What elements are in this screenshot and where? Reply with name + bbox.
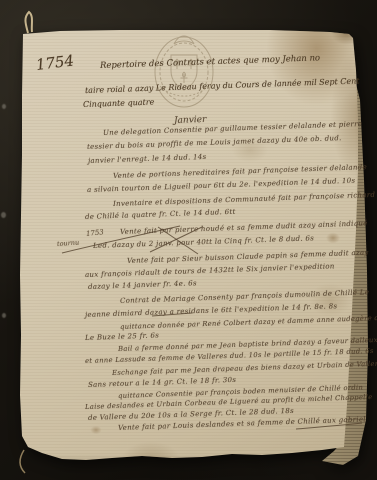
film-speck (1, 212, 6, 218)
handwritten-line-cont: de Chillé la quatre fr. Ct. le 14 dud. 6… (85, 208, 236, 221)
handwritten-line-entry: Vente fait par pierre houdé et sa femme … (120, 219, 368, 236)
handwritten-line-cont: janvier l'enregt. le 14 dud. 14s (88, 153, 207, 165)
film-speck (2, 104, 6, 109)
handwritten-line-cont: tessier du bois au proffit de me Louis j… (87, 134, 342, 151)
handwritten-line-title: taire roial a azay Le Rideau feray du Co… (85, 76, 360, 95)
handwritten-line-cont: Led. dazay du 2 janv. pour 40tt la Cinq … (93, 234, 314, 250)
handwritten-line-entry: Inventaire et dispositions de Communauté… (113, 191, 375, 208)
photo-background: 1754Repertoire des Contrats et actes que… (0, 0, 377, 480)
handwritten-line-cont: aux françois ridault de tours de 1432tt … (85, 262, 335, 279)
handwritten-line-month: Janvier (174, 115, 207, 126)
handwritten-line-year: 1754 (35, 51, 75, 74)
film-speck (2, 313, 6, 318)
handwritten-line-margin: 1753 (86, 228, 105, 238)
handwritten-line-title: Repertoire des Contrats et actes que moy… (100, 53, 320, 71)
handwritten-line-cont: Le Buze le 25 fr. 6s (85, 331, 159, 342)
handwritten-line-cont: Sans retour a le 14 gr. Ct. le 18 fr. 30… (88, 376, 237, 389)
handwritten-line-cont: dazay le 14 janvier fr. 4e. 6s (88, 279, 197, 291)
handwritten-line-title: Cinquante quatre (83, 98, 155, 109)
handwritten-line-margin: tournu (57, 238, 80, 248)
handwriting-layer: 1754Repertoire des Contrats et actes que… (0, 0, 377, 480)
